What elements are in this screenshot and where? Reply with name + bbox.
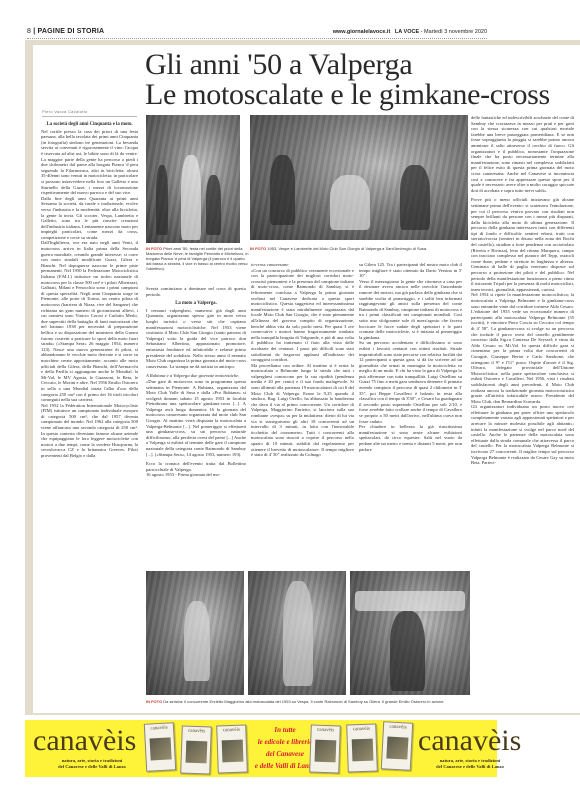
paragraph: Prove più o meno ufficiali iniziavano gi… — [471, 197, 574, 292]
article-column-3: to-cross canavesano «Con un concorso di … — [251, 262, 354, 576]
paragraph: Ma procediamo con ordine. Al mattino si … — [251, 363, 354, 458]
paragraph: delle fantastiche ed indescrivibili acro… — [471, 115, 574, 193]
tagline-right: natura, arte, storia e tradizioni del Ca… — [415, 758, 525, 770]
headline-line-2: Le motoscalate e le gimkane-cross — [145, 80, 550, 110]
section-name: PAGINE DI STORIA — [38, 28, 105, 35]
photo-ostorero-azione — [350, 571, 470, 695]
paragraph: «Due gare di motocross sono in programma… — [146, 379, 246, 457]
magazine-cover: canavèis — [180, 725, 212, 774]
paragraph: Dalla fine degli anni Quaranta ai primi … — [41, 196, 138, 241]
paragraph: su Gilera 125. Tra i partecipanti del no… — [359, 262, 462, 279]
paragraph: 16 agosto 1953 - Prima giornata del mo- — [146, 472, 246, 478]
paragraph: Ecco la cronaca dell'evento tratta dal B… — [146, 461, 246, 472]
article-column-1: La società degli anni Cinquanta e la mot… — [41, 118, 138, 710]
brand-logo-left: canavèis — [33, 726, 136, 756]
paragraph: Nel 1954 si ripete la manifestazione mot… — [471, 292, 574, 404]
magazine-cover: canavèis — [346, 723, 378, 772]
paragraph: Dall'Inghilterra, ove era nato negli ann… — [41, 240, 138, 402]
paragraph: «Con un concorso di pubblico veramente e… — [251, 268, 354, 363]
article-headline: Gli anni '50 a Valperga Le motoscalate e… — [145, 50, 550, 110]
paragraph: Verso il mezzogiorno la gente che ritorn… — [359, 279, 462, 341]
photo-festa-cortile — [146, 115, 240, 243]
caption-label: IN FOTO — [250, 246, 266, 251]
headline-line-1: Gli anni '50 a Valperga — [145, 50, 550, 80]
photo-maggiorino-vespa — [146, 571, 244, 695]
photo-sambuy-gilera — [248, 571, 346, 695]
paragraph: I centauri valperghesi, numerosi già dag… — [146, 308, 246, 370]
photo-1-caption: IN FOTO Primi anni '50, festa nel cortil… — [146, 246, 250, 271]
magazine-cover: canavèis — [216, 724, 248, 773]
page-number: 8 — [27, 28, 31, 35]
paragraph: Su un percorso accidentato e difficiliss… — [359, 340, 462, 424]
page-header: 8 | PAGINE DI STORIA www.giornalelavoce.… — [27, 27, 487, 39]
paragraph: Nel 1952 la Fédération Internationale Mo… — [41, 403, 138, 459]
issue-date: Martedì 3 novembre 2020 — [424, 29, 487, 35]
photo-strip-caption: IN FOTO Da sinistra: il concorrente Enri… — [146, 699, 466, 704]
masthead-info: www.giornalelavoce.it LA VOCE - Martedì … — [333, 29, 487, 35]
article-column-5: delle fantastiche ed indescrivibili acro… — [471, 115, 574, 710]
article-column-2: Svezia cominciano a dominare nel cross d… — [146, 286, 246, 576]
subheading: La moto a Valperga. — [146, 301, 246, 307]
website-link[interactable]: www.giornalelavoce.it — [333, 29, 391, 35]
byline: Piero Vacca Cavalotto — [42, 109, 137, 117]
paragraph: Per chiudere in bellezza la già riusciti… — [359, 424, 462, 452]
subheading: La società degli anni Cinquanta e la mot… — [41, 122, 138, 128]
paragraph: Gli organizzatori individuano un posto n… — [471, 404, 574, 466]
section-label: 8 | PAGINE DI STORIA — [27, 28, 104, 35]
brand-logo-right: canavèis — [418, 726, 521, 756]
photo-vespe-lambrette — [250, 115, 468, 240]
caption-label: IN FOTO — [146, 699, 162, 704]
canaveis-ad-banner[interactable]: canavèis natura, arte, storia e tradizio… — [25, 720, 497, 777]
magazine-cover: canavèis — [309, 724, 341, 773]
photo-2-caption: IN FOTO 1953, Vespe e Lambrette del Moto… — [250, 246, 470, 251]
paragraph: Nel cortile presso la casa dei priori di… — [41, 129, 138, 196]
paragraph: Svezia cominciano a dominare nel cross d… — [146, 286, 246, 297]
paper-name: LA VOCE — [395, 29, 419, 35]
magazine-cover: canavèis — [144, 722, 176, 772]
magazine-cover: canavèis — [381, 721, 413, 771]
article-column-4: su Gilera 125. Tra i partecipanti del no… — [359, 262, 462, 576]
tagline-left: natura, arte, storia e tradizioni del Ca… — [37, 758, 147, 770]
